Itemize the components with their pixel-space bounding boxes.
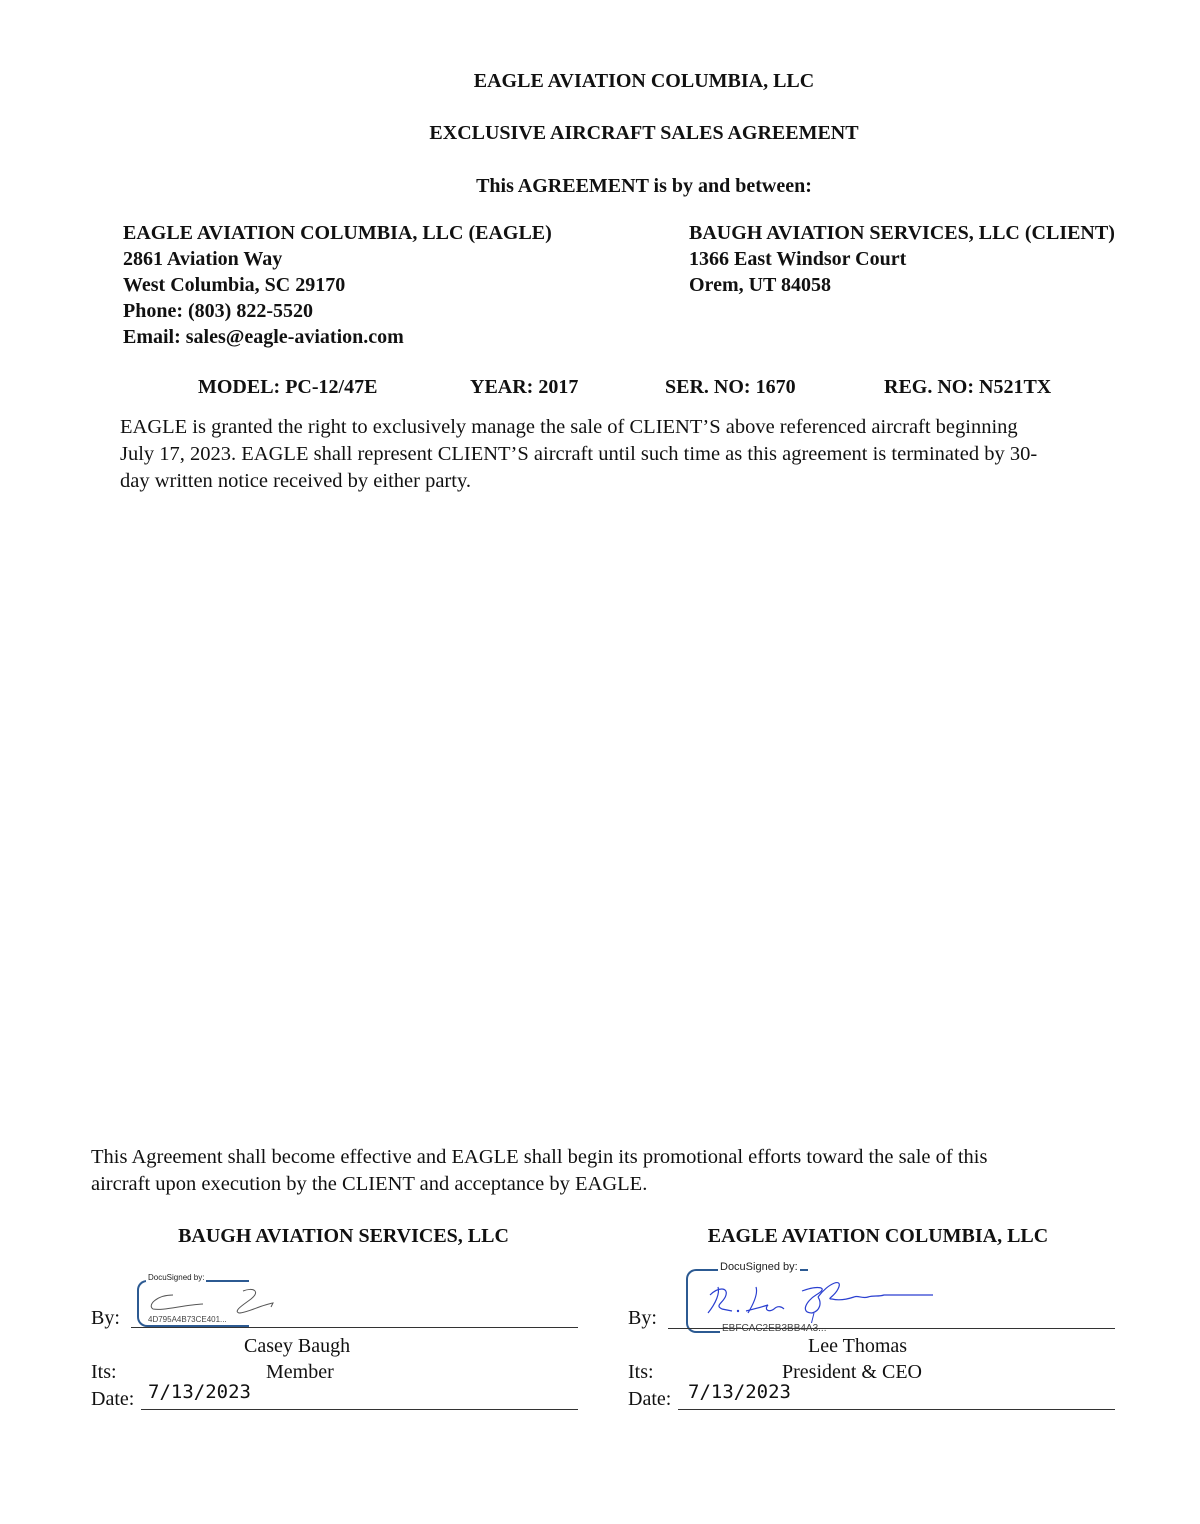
date-line [141,1409,578,1410]
its-label: Its: [628,1361,654,1384]
agreement-title: EXCLUSIVE AIRCRAFT SALES AGREEMENT [0,122,1200,145]
eagle-signature-ink [698,1273,948,1329]
eagle-name: EAGLE AVIATION COLUMBIA, LLC (EAGLE) [123,220,552,246]
client-signature-company: BAUGH AVIATION SERVICES, LLC [91,1225,596,1248]
eagle-phone: Phone: (803) 822-5520 [123,298,552,324]
effective-line: This Agreement shall become effective an… [91,1144,1191,1171]
effective-paragraph: This Agreement shall become effective an… [91,1144,1191,1198]
aircraft-serial: SER. NO: 1670 [665,376,796,399]
date-label: Date: [91,1388,134,1411]
terms-line: day written notice received by either pa… [120,468,1200,495]
its-label: Its: [91,1361,117,1384]
client-address-line1: 1366 East Windsor Court [689,246,1115,272]
terms-line: July 17, 2023. EAGLE shall represent CLI… [120,441,1200,468]
terms-paragraph: EAGLE is granted the right to exclusivel… [120,414,1200,495]
client-address-line2: Orem, UT 84058 [689,272,1115,298]
date-label: Date: [628,1388,671,1411]
signature-line [131,1327,578,1328]
effective-line: aircraft upon execution by the CLIENT an… [91,1171,1191,1198]
by-label: By: [628,1307,657,1330]
client-signature-block: DocuSigned by: 4D795A4B73CE401... By: Ca… [91,1265,591,1415]
company-heading: EAGLE AVIATION COLUMBIA, LLC [0,70,1200,93]
eagle-address-line2: West Columbia, SC 29170 [123,272,552,298]
aircraft-registration: REG. NO: N521TX [884,376,1051,399]
client-signer-name: Casey Baugh [244,1335,350,1358]
client-party-block: BAUGH AVIATION SERVICES, LLC (CLIENT) 13… [689,220,1115,298]
agreement-intro: This AGREEMENT is by and between: [0,175,1200,198]
docusign-id: 4D795A4B73CE401... [146,1315,229,1324]
terms-line: EAGLE is granted the right to exclusivel… [120,414,1200,441]
eagle-signer-title: President & CEO [782,1361,922,1384]
aircraft-year: YEAR: 2017 [470,376,578,399]
date-line [678,1409,1115,1410]
eagle-address-line1: 2861 Aviation Way [123,246,552,272]
client-name: BAUGH AVIATION SERVICES, LLC (CLIENT) [689,220,1115,246]
eagle-party-block: EAGLE AVIATION COLUMBIA, LLC (EAGLE) 286… [123,220,552,350]
eagle-sign-date: 7/13/2023 [688,1381,791,1403]
docusign-label: DocuSigned by: [718,1261,800,1273]
aircraft-model: MODEL: PC-12/47E [198,376,377,399]
signature-line [668,1328,1115,1329]
eagle-email: Email: sales@eagle-aviation.com [123,324,552,350]
by-label: By: [91,1307,120,1330]
client-signer-title: Member [266,1361,334,1384]
client-sign-date: 7/13/2023 [148,1381,251,1403]
eagle-signature-company: EAGLE AVIATION COLUMBIA, LLC [628,1225,1128,1248]
docusign-label: DocuSigned by: [146,1273,206,1282]
eagle-signer-name: Lee Thomas [808,1335,907,1358]
eagle-signature-block: DocuSigned by: EBFCAC2EB3BB4A3... By: Le… [628,1265,1128,1415]
